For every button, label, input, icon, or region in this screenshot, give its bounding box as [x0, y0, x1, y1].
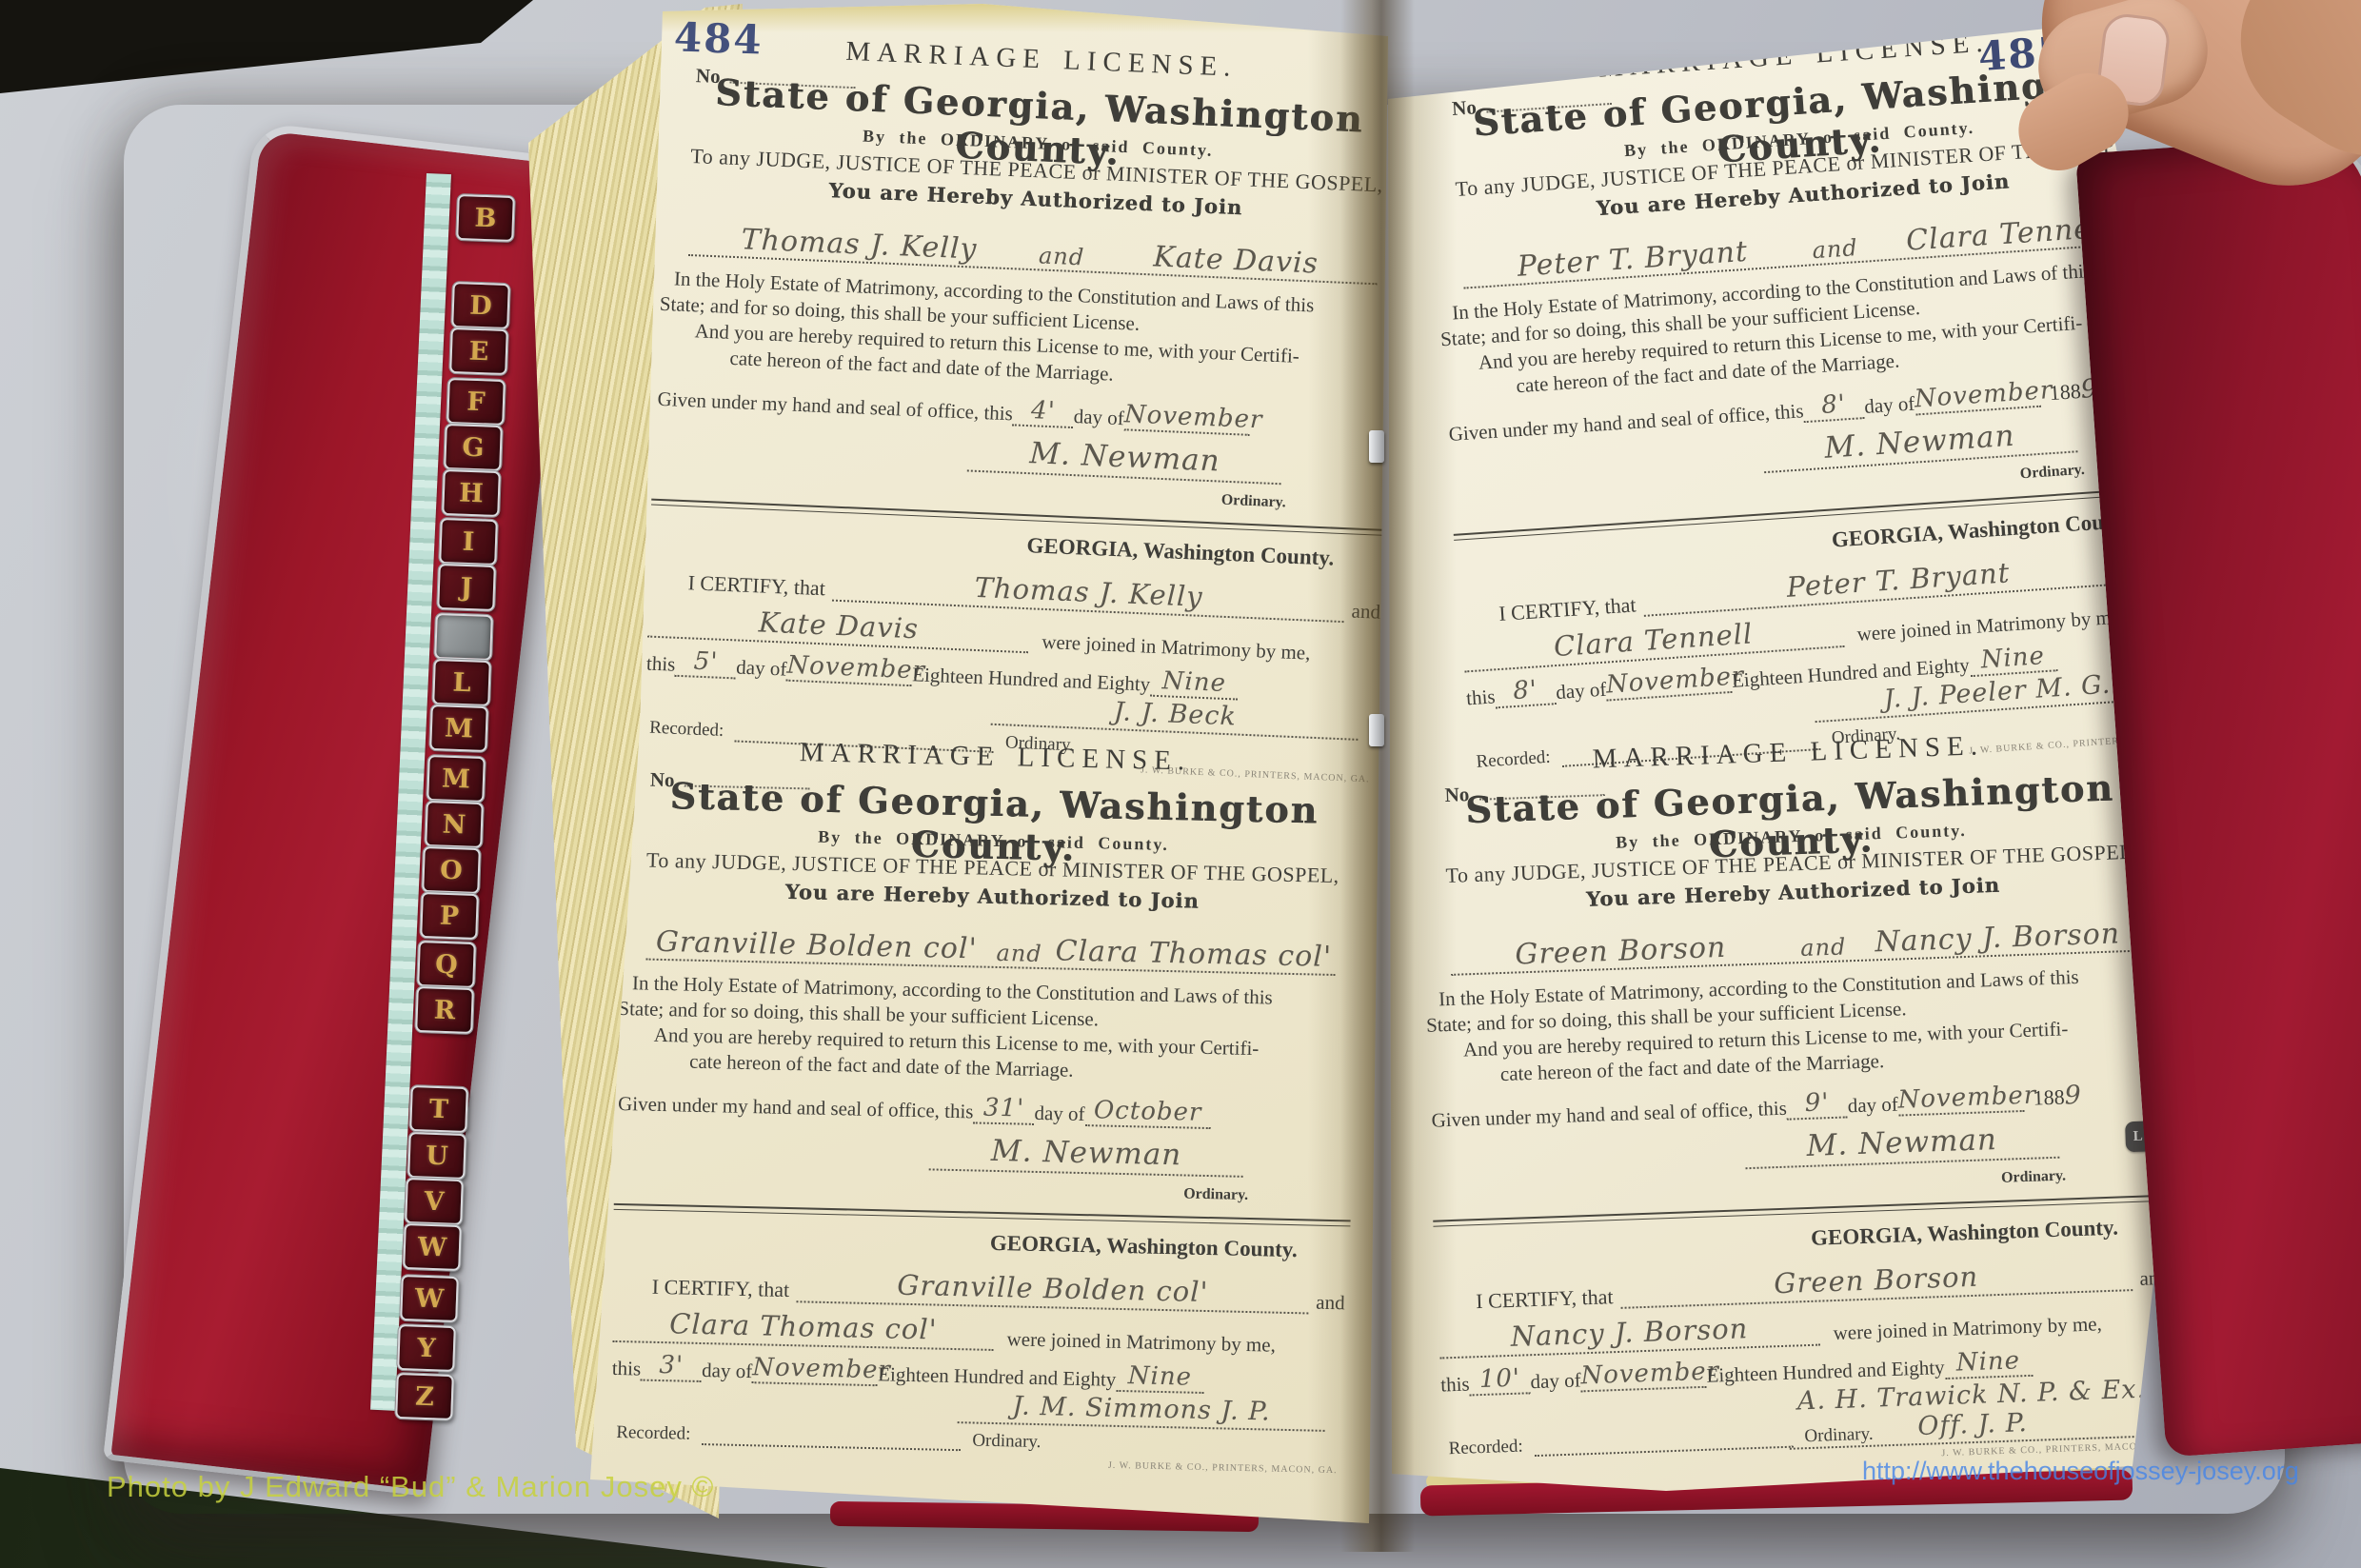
eighteen-hundred-text: Eighteen Hundred and Eighty — [912, 663, 1151, 696]
recorded-blank-line[interactable] — [1535, 1446, 1794, 1457]
index-tab[interactable]: U — [407, 1132, 466, 1180]
bride-name-handwritten: Kate Davis — [1094, 238, 1379, 283]
married-month-handwritten[interactable]: November — [752, 1353, 879, 1386]
day-of-label: day of — [1863, 392, 1915, 419]
joined-in-matrimony-text: were joined in Matrimony by me, — [1006, 1327, 1276, 1357]
groom-name-handwritten: Green Borson — [1450, 928, 1792, 973]
index-tab-letter: N — [442, 809, 466, 840]
url-watermark: http://www.thehouseofjossey-josey.org — [1862, 1457, 2299, 1486]
binder-post — [1369, 430, 1384, 463]
year-prefix: 188 — [2049, 379, 2082, 405]
recorded-label: Recorded: — [616, 1422, 691, 1445]
married-day-handwritten[interactable]: 8' — [1494, 674, 1557, 708]
index-tab-letter: U — [426, 1141, 449, 1171]
right-page-485[interactable]: 485 MARRIAGE LICENSE. No. State of Georg… — [1380, 15, 2201, 1506]
day-of-label: day of — [1847, 1093, 1898, 1119]
this-label: this — [646, 652, 676, 677]
index-tab[interactable]: P — [420, 892, 479, 940]
ordinary-signature[interactable]: M. Newman — [929, 1132, 1244, 1177]
georgia-county-heading: GEORGIA, Washington County. — [1831, 507, 2139, 552]
index-tab[interactable]: I — [439, 518, 498, 566]
index-tab-letter: Y — [417, 1333, 436, 1363]
officiant-signature: J. M. Simmons J. P. — [1012, 1391, 1271, 1426]
index-tab[interactable]: B — [456, 194, 515, 242]
index-tab-letter: R — [433, 995, 456, 1025]
certify-row: I CERTIFY, that Granville Bolden col' an… — [652, 1263, 1346, 1316]
left-page-484[interactable]: 484 MARRIAGE LICENSE. No. State of Georg… — [583, 4, 1394, 1533]
georgia-county-heading: GEORGIA, Washington County. — [1026, 533, 1335, 571]
marriage-license-form: MARRIAGE LICENSE. No. State of Georgia, … — [607, 733, 1366, 1492]
license-month-handwritten[interactable]: October — [1084, 1096, 1211, 1129]
index-tab[interactable]: W — [403, 1223, 462, 1271]
ordinary-signature[interactable]: M. Newman — [1744, 1121, 2059, 1169]
married-month-handwritten[interactable]: November — [1605, 663, 1733, 702]
index-tab[interactable]: E — [449, 327, 508, 375]
license-month-handwritten[interactable]: November — [1914, 377, 2041, 416]
index-tab-letter: E — [468, 336, 489, 367]
married-month-handwritten[interactable]: November — [786, 651, 913, 686]
license-month-handwritten[interactable]: November — [1897, 1082, 2024, 1117]
this-label: this — [1440, 1372, 1470, 1397]
index-tab-letter: P — [439, 901, 459, 931]
license-day-handwritten[interactable]: 4' — [1012, 395, 1074, 428]
officiant-signature: J. J. Beck — [1113, 697, 1237, 731]
given-under-hand-text: Given under my hand and seal of office, … — [618, 1092, 974, 1123]
printer-credit: J. W. BURKE & CO., PRINTERS, MACON, GA. — [1108, 1460, 1338, 1476]
marriage-license-form: MARRIAGE LICENSE. No. State of Georgia, … — [640, 29, 1413, 802]
index-tab-letter: G — [462, 432, 485, 463]
index-tab[interactable]: D — [451, 282, 510, 329]
ordinary-signature[interactable]: M. Newman — [967, 433, 1282, 485]
given-under-hand-text: Given under my hand and seal of office, … — [1431, 1097, 1787, 1133]
ordinary-label: Ordinary. — [1804, 1424, 1874, 1448]
bride-name-handwritten: Nancy J. Borson — [1855, 917, 2140, 960]
groom-name-handwritten: Thomas J. Kelly — [688, 221, 1030, 268]
index-tab-letter: L — [452, 667, 471, 698]
recorded-row: Recorded: Ordinary. — [1448, 1424, 1874, 1460]
index-tab[interactable]: Q — [417, 941, 476, 988]
index-tab[interactable]: Y — [397, 1324, 456, 1372]
i-certify-label: I CERTIFY, that — [1476, 1284, 1614, 1314]
index-tab[interactable]: Z — [395, 1373, 454, 1420]
index-tab[interactable]: O — [422, 846, 481, 894]
this-label: this — [1465, 685, 1496, 710]
ordinary-label: Ordinary. — [972, 1430, 1042, 1453]
certify-bride-handwritten[interactable]: Kate Davis — [647, 602, 1029, 654]
couple-names-line[interactable]: Green Borson and Nancy J. Borson — [1450, 908, 2140, 976]
day-of-label: day of — [1556, 678, 1608, 705]
license-day-handwritten[interactable]: 8' — [1802, 388, 1865, 423]
georgia-county-heading: GEORGIA, Washington County. — [990, 1231, 1298, 1262]
marriage-license-form: MARRIAGE LICENSE. No. State of Georgia, … — [1417, 724, 2185, 1493]
index-tab-letter: V — [424, 1186, 445, 1217]
index-tab-worn[interactable] — [434, 613, 493, 661]
index-tab-letter: W — [417, 1232, 446, 1262]
couple-names-line[interactable]: Granville Bolden col' and Clara Thomas c… — [646, 917, 1337, 976]
day-of-label: day of — [702, 1359, 753, 1383]
i-certify-label: I CERTIFY, that — [1498, 592, 1637, 626]
and-word: and — [1791, 933, 1856, 962]
index-tab[interactable]: G — [444, 424, 503, 471]
and-word: and — [986, 940, 1052, 968]
eighty-word-handwritten[interactable]: Nine — [1968, 641, 2057, 677]
given-under-hand-text: Given under my hand and seal of office, … — [657, 387, 1013, 427]
day-of-label: day of — [1034, 1102, 1085, 1126]
day-of-label: day of — [1073, 405, 1124, 430]
index-tab[interactable]: M — [429, 705, 488, 752]
ordinary-label: Ordinary. — [2019, 462, 2085, 483]
license-month-handwritten[interactable]: November — [1123, 400, 1250, 435]
license-day-handwritten[interactable]: 9' — [1786, 1087, 1848, 1120]
marriage-record-book-photo: 484 MARRIAGE LICENSE. No. State of Georg… — [0, 0, 2361, 1568]
married-month-handwritten[interactable]: November — [1580, 1358, 1707, 1393]
officiant-signature-line[interactable]: J. M. Simmons J. P. — [958, 1390, 1326, 1432]
index-tab[interactable]: R — [415, 986, 474, 1034]
married-day-handwritten[interactable]: 10' — [1469, 1363, 1531, 1396]
index-tab[interactable]: L — [432, 659, 491, 706]
index-tab-letter: Z — [415, 1381, 435, 1412]
married-day-handwritten[interactable]: 3' — [641, 1351, 703, 1382]
index-tab[interactable]: V — [405, 1178, 464, 1225]
binder-post — [1369, 714, 1384, 746]
index-tab-letter: O — [440, 855, 464, 885]
bride-name-handwritten: Clara Thomas col' — [1051, 934, 1336, 974]
georgia-county-heading: GEORGIA, Washington County. — [1811, 1216, 2119, 1251]
index-tab[interactable]: W — [400, 1275, 459, 1322]
index-tab-letter: J — [460, 572, 473, 602]
day-of-label: day of — [736, 655, 787, 681]
married-day-handwritten[interactable]: 5' — [675, 646, 737, 680]
i-certify-label: I CERTIFY, that — [687, 570, 825, 601]
index-tab[interactable]: N — [425, 801, 484, 848]
ordinary-label: Ordinary. — [1183, 1185, 1248, 1204]
index-tab-letter: W — [414, 1283, 444, 1314]
index-tab[interactable]: J — [437, 564, 496, 611]
index-tab[interactable]: T — [409, 1085, 468, 1133]
joined-in-matrimony-text: were joined in Matrimony by me, — [1833, 1312, 2102, 1345]
index-tab[interactable]: F — [446, 378, 506, 426]
ordinary-label: Ordinary. — [2001, 1167, 2067, 1186]
index-tab-letter: M — [445, 713, 474, 744]
eighty-word-handwritten[interactable]: Nine — [1116, 1361, 1204, 1394]
certify-bride-handwritten[interactable]: Clara Thomas col' — [612, 1306, 994, 1351]
index-tab[interactable]: M — [427, 755, 486, 803]
index-tab-letter: M — [442, 764, 471, 794]
ordinary-signature-row: M. Newman L.S. — [615, 1125, 1359, 1186]
i-certify-label: I CERTIFY, that — [652, 1275, 790, 1302]
index-tab-letter: I — [462, 526, 475, 556]
year-digit-handwritten: 9 — [2064, 1081, 2082, 1111]
this-label: this — [612, 1357, 642, 1381]
book-spine-gutter — [1340, 0, 1415, 1552]
eighty-word-handwritten[interactable]: Nine — [1150, 666, 1239, 701]
index-tab-letter: H — [459, 478, 485, 508]
eighty-word-handwritten[interactable]: Nine — [1944, 1346, 2033, 1379]
recorded-row: Recorded: Ordinary. — [616, 1422, 1042, 1453]
recorded-blank-line[interactable] — [702, 1443, 961, 1451]
and-word: and — [1802, 233, 1869, 264]
joined-in-matrimony-text: were joined in Matrimony by me, — [1042, 630, 1311, 665]
eighteen-hundred-text: Eighteen Hundred and Eighty — [878, 1362, 1117, 1392]
certify-bride-row: Clara Thomas col' were joined in Matrimo… — [612, 1306, 1344, 1359]
ordinary-label: Ordinary. — [1220, 492, 1286, 512]
index-tab-letter: Q — [435, 949, 459, 980]
index-tab-letter: T — [428, 1094, 448, 1124]
index-tab[interactable]: H — [442, 469, 501, 517]
index-tab-letter: D — [469, 290, 492, 321]
index-tab-letter: B — [474, 203, 497, 233]
license-day-handwritten[interactable]: 31' — [973, 1093, 1035, 1124]
day-of-label: day of — [1530, 1368, 1581, 1394]
and-word: and — [1029, 242, 1095, 271]
groom-name-handwritten: Granville Bolden col' — [646, 925, 987, 966]
recorded-label: Recorded: — [1448, 1437, 1523, 1460]
year-prefix: 188 — [2033, 1084, 2065, 1109]
certify-groom-handwritten[interactable]: Granville Bolden col' — [797, 1266, 1309, 1314]
certify-bride-handwritten[interactable]: Nancy J. Borson — [1438, 1310, 1820, 1360]
issued-date-line: Given under my hand and seal of office, … — [618, 1085, 1359, 1133]
photo-credit-watermark: Photo by J Edward “Bud” & Marion Josey © — [107, 1470, 714, 1504]
section-divider-rule — [614, 1203, 1351, 1227]
index-tab-letter: F — [466, 387, 486, 417]
license-year: 1889 — [2033, 1081, 2082, 1112]
groom-name-handwritten: Peter T. Bryant — [1461, 231, 1803, 288]
background-shadow-top-left — [0, 0, 552, 105]
